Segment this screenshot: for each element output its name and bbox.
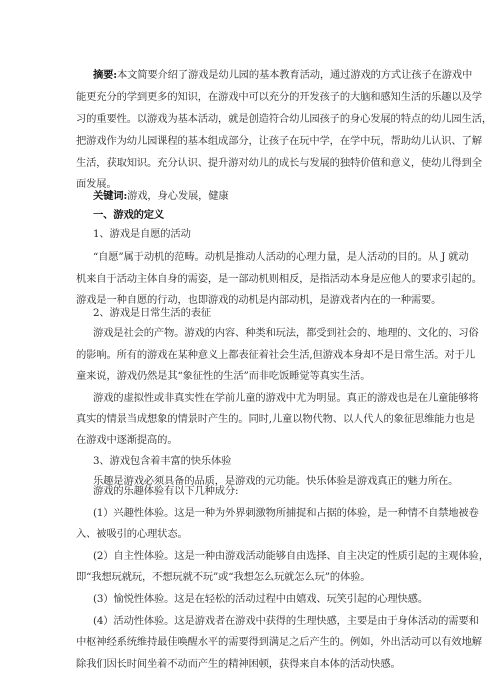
paragraph-line: 机来自于活动主体自身的需姿，是一部动机则相反，是指活动本身是应他人的要求引起的。: [76, 272, 482, 286]
paragraph-line: 游戏是社会的产物。游戏的内容、种类和玩法，都受到社会的、地理的、文化的、习俗: [93, 326, 479, 340]
list-item: (1）兴趣性体验。这是一种为外界刺激物所捕捉和占据的体验，是一种情不自禁地被卷: [93, 506, 479, 520]
keywords-text: 游戏，身心发展，健康: [127, 190, 228, 202]
abstract-line: 生活，获取知识。充分认识、提升游对幼儿的成长与发展的独特价值和意义，使幼儿得到全: [76, 156, 482, 170]
list-item-number: (2）: [93, 550, 113, 562]
section-heading: 一、游戏的定义: [93, 208, 164, 222]
paragraph-line: 在游戏中逐渐提高的。: [76, 433, 177, 447]
abstract-line: 能更充分的学到更多的知识，在游戏中可以充分的开发孩子的大脑和感知生活的乐趣以及学: [76, 90, 482, 104]
list-item-text: 自主性体验。这是一种由游戏活动能够自由选择、自主决定的性质引起的主观体验，: [113, 550, 488, 562]
paragraph-line: 游戏的乐趣体验有以下几种成分:: [93, 484, 238, 498]
paragraph-line: 游戏的虚拟性或非真实性在学前儿童的游戏中尤为明显。真正的游戏也是在儿童能够将: [93, 391, 479, 405]
list-item-continuation: 中枢神经系统维持最佳唤醒水平的需要得到满足之后产生的。例如，外出活动可以有效地解: [76, 635, 482, 649]
list-item-text: 愉悦性体验。这是在轻松的活动过程中由嬉戏、玩笑引起的心理快感。: [113, 593, 428, 605]
paragraph-line: 童来说，游戏仍然是其“象征性的生活”而非吃饭睡觉等真实生活。: [76, 369, 370, 383]
abstract-line: 习的重要性。以游戏为基本活动，就是创造符合幼儿园孩子的身心发展的特点的幼儿园生活…: [76, 112, 492, 126]
list-item: (2）自主性体验。这是一种由游戏活动能够自由选择、自主决定的性质引起的主观体验，: [93, 549, 489, 563]
list-item-number: (3）: [93, 593, 113, 605]
subsection-heading: 2、游戏是日常生活的表征: [93, 306, 211, 320]
list-item-continuation: 即“我想玩就玩，不想玩就不玩”或“我想怎么玩就怎么玩”的体验。: [76, 570, 370, 584]
list-item: (3）愉悦性体验。这是在轻松的活动过程中由嬉戏、玩笑引起的心理快感。: [93, 592, 428, 606]
paragraph-line: “自愿”属于动机的范畴。动机是推动人活动的心理力量，是人活动的目的。从 J 就动: [93, 250, 469, 264]
list-item-continuation: 除我们因长时间坐着不动而产生的精神困顿，获得来自本体的活动快感。: [76, 657, 401, 671]
keywords-line: 关键词:游戏，身心发展，健康: [93, 189, 229, 203]
list-item-number: (4）: [93, 615, 113, 627]
paragraph-line: 游戏是一种自愿的行动，也即游戏的动机是内部动机，是游戏者内在的一种需要。: [76, 293, 441, 307]
list-item-continuation: 入、被吸引的心理状态。: [76, 527, 188, 541]
list-item-text: 兴趣性体验。这是一种为外界刺激物所捕捉和占据的体验，是一种情不自禁地被卷: [113, 507, 478, 519]
list-item-number: (1）: [93, 507, 113, 519]
subsection-heading: 1、游戏是自愿的活动: [93, 227, 191, 241]
abstract-text: 本文简要介绍了游戏是幼儿园的基本教育活动，通过游戏的方式让孩子在游戏中: [117, 69, 472, 81]
keywords-label: 关键词:: [93, 190, 127, 202]
list-item-text: 活动性体验。这是游戏者在游戏中获得的生理快感，主要是由于身体活动的需要和: [113, 615, 478, 627]
abstract-label: 摘要:: [93, 69, 117, 81]
paragraph-line: 的影响。所有的游戏在某种意义上都表征着社会生活,但游戏本身却不是日常生活。对于儿: [76, 348, 475, 362]
list-item: (4）活动性体验。这是游戏者在游戏中获得的生理快感，主要是由于身体活动的需要和: [93, 614, 479, 628]
abstract-line: 把游戏作为幼儿园课程的基本组成部分，让孩子在玩中学，在学中玩，帮助幼儿认识、了解: [76, 134, 482, 148]
abstract-line: 摘要:本文简要介绍了游戏是幼儿园的基本教育活动，通过游戏的方式让孩子在游戏中: [93, 68, 472, 82]
paragraph-line: 真实的情景当成想象的情景时产生的。同时,儿童以物代物、以人代人的象征思维能力也是: [76, 412, 475, 426]
subsection-heading: 3、游戏包含着丰富的快乐体验: [93, 454, 231, 468]
